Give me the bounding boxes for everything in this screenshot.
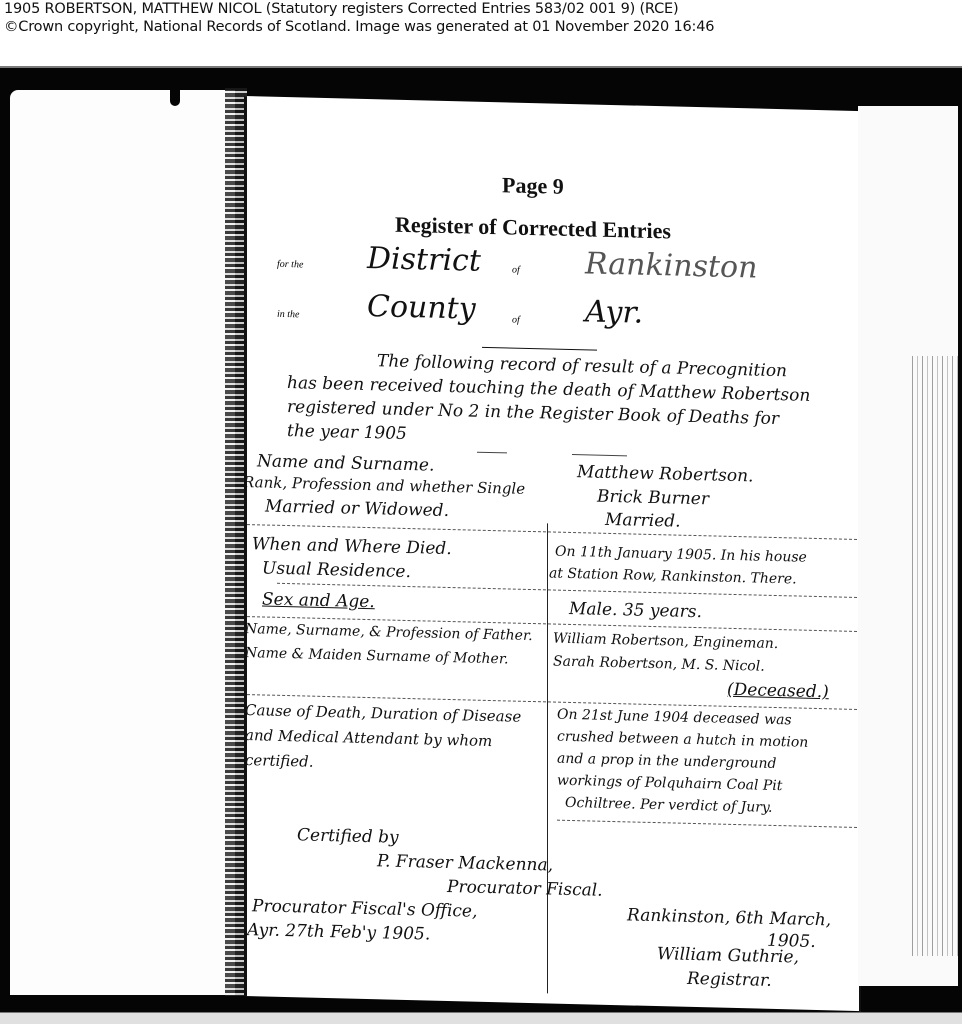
image-caption: 1905 ROBERTSON, MATTHEW NICOL (Statutory… (4, 0, 962, 42)
field-label-rank: Rank, Profession and whether Single (243, 473, 525, 498)
field-value-mother-deceased: (Deceased.) (727, 680, 829, 702)
field-label-father: Name, Surname, & Profession of Father. (245, 621, 533, 644)
field-label-name: Name and Surname. (257, 451, 434, 475)
field-value-cause-2: crushed between a hutch in motion (557, 729, 808, 751)
viewer-bottom-bar (0, 1012, 962, 1024)
column-divider (547, 523, 548, 993)
field-label-attendant: and Medical Attendant by whom (245, 726, 492, 750)
fiscal-date: Ayr. 27th Feb'y 1905. (247, 920, 430, 944)
fiscal-title: Procurator Fiscal. (447, 877, 603, 901)
fiscal-name: P. Fraser Mackenna, (377, 851, 553, 875)
field-value-cause-5: Ochiltree. Per verdict of Jury. (565, 795, 772, 816)
county-word: County (367, 289, 476, 327)
title-rule (482, 347, 597, 351)
right-page-edge (858, 106, 958, 986)
register-title: Register of Corrected Entries (395, 212, 671, 245)
register-page: Page 9 Register of Corrected Entries for… (244, 96, 861, 1011)
page-edge-texture (908, 356, 958, 956)
field-value-cause-4: workings of Polquhairn Coal Pit (557, 773, 782, 795)
field-value-mother: Sarah Robertson, M. S. Nicol. (553, 654, 765, 675)
field-value-cause-1: On 21st June 1904 deceased was (557, 707, 792, 729)
preamble-rule-right (572, 454, 627, 456)
preamble-line-4: the year 1905 (287, 421, 407, 444)
field-value-father: William Robertson, Engineman. (553, 631, 778, 653)
field-value-name: Matthew Robertson. (577, 462, 753, 486)
field-value-when-where: On 11th January 1905. In his house (555, 544, 807, 566)
county-of: of (512, 315, 520, 326)
field-label-marital: Married or Widowed. (265, 497, 449, 521)
preamble-rule-left (477, 452, 507, 454)
registrar-place-date: Rankinston, 6th March, (627, 905, 831, 930)
district-word: District (367, 241, 481, 279)
field-value-sex-age: Male. 35 years. (569, 599, 702, 622)
registrar-name: William Guthrie, (657, 944, 799, 967)
district-prefix: for the (277, 259, 303, 271)
row-divider-5 (557, 820, 857, 828)
field-label-cause: Cause of Death, Duration of Disease (245, 701, 521, 726)
county-value: Ayr. (585, 294, 643, 330)
field-label-residence: Usual Residence. (262, 558, 411, 582)
district-value: Rankinston (585, 246, 757, 285)
caption-record-title: 1905 ROBERTSON, MATTHEW NICOL (Statutory… (4, 0, 962, 18)
field-label-when-where: When and Where Died. (252, 534, 452, 559)
page-number: Page 9 (502, 172, 564, 200)
scanned-register-image: Page 9 Register of Corrected Entries for… (0, 66, 962, 1014)
field-value-marital: Married. (605, 510, 681, 532)
field-label-certified: certified. (245, 751, 314, 771)
field-label-sex-age: Sex and Age. (262, 589, 375, 612)
field-label-mother: Name & Maiden Surname of Mother. (245, 645, 508, 667)
registrar-title: Registrar. (687, 969, 772, 991)
field-value-cause-3: and a prop in the underground (557, 751, 776, 772)
field-value-occupation: Brick Burner (597, 487, 709, 510)
leaf-notch (170, 88, 180, 106)
county-prefix: in the (277, 309, 300, 321)
caption-copyright: ©Crown copyright, National Records of Sc… (4, 18, 962, 36)
fiscal-office: Procurator Fiscal's Office, (252, 896, 477, 922)
field-value-residence: at Station Row, Rankinston. There. (549, 565, 797, 587)
district-of: of (512, 265, 520, 276)
left-blank-leaf (10, 90, 235, 995)
certified-by-label: Certified by (297, 825, 399, 847)
